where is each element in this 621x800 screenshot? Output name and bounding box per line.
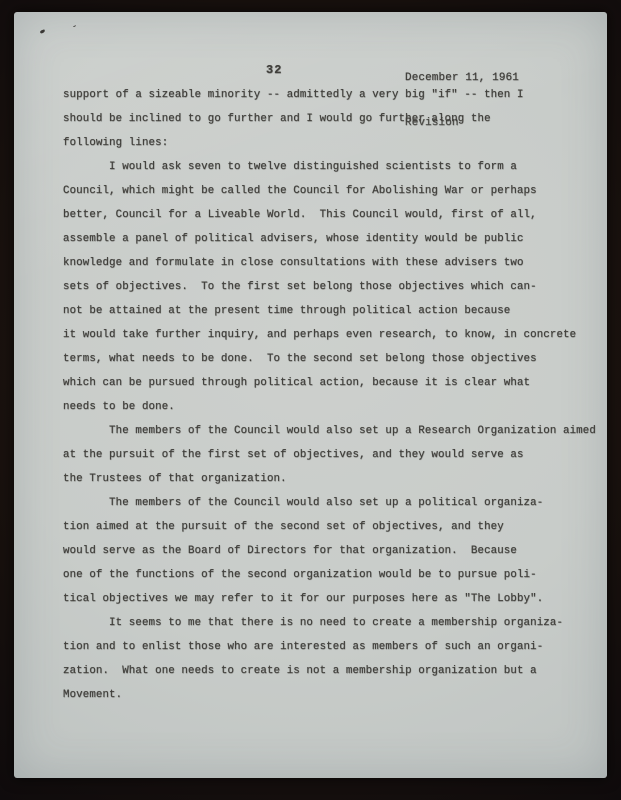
text-line: not be attained at the present time thro… bbox=[63, 299, 598, 323]
text-line: which can be pursued through political a… bbox=[63, 371, 598, 395]
document-body: support of a sizeable minority -- admitt… bbox=[63, 83, 598, 707]
text-line: should be inclined to go further and I w… bbox=[63, 107, 598, 131]
page-number: 32 bbox=[266, 63, 282, 77]
paragraph: The members of the Council would also se… bbox=[63, 491, 598, 707]
text-line: the Trustees of that organization. bbox=[63, 467, 598, 491]
text-line: would serve as the Board of Directors fo… bbox=[63, 539, 598, 563]
text-line: needs to be done. bbox=[63, 395, 598, 419]
text-line: The members of the Council would also se… bbox=[63, 491, 598, 515]
document-page: December 11, 1961 Revision 32 support of… bbox=[14, 12, 607, 778]
paragraph: support of a sizeable minority -- admitt… bbox=[63, 83, 598, 155]
text-line: The members of the Council would also se… bbox=[63, 419, 598, 443]
text-line: assemble a panel of political advisers, … bbox=[63, 227, 598, 251]
text-line: better, Council for a Liveable World. Th… bbox=[63, 203, 598, 227]
text-line: sets of objectives. To the first set bel… bbox=[63, 275, 598, 299]
text-line: at the pursuit of the first set of objec… bbox=[63, 443, 598, 467]
text-line: tion aimed at the pursuit of the second … bbox=[63, 515, 598, 539]
text-line: tical objectives we may refer to it for … bbox=[63, 587, 598, 611]
text-line: Movement. bbox=[63, 683, 598, 707]
text-line: knowledge and formulate in close consult… bbox=[63, 251, 598, 275]
text-line: terms, what needs to be done. To the sec… bbox=[63, 347, 598, 371]
paragraph: The members of the Council would also se… bbox=[63, 419, 598, 491]
text-line: it would take further inquiry, and perha… bbox=[63, 323, 598, 347]
scanned-document-frame: December 11, 1961 Revision 32 support of… bbox=[0, 0, 621, 800]
text-line: one of the functions of the second organ… bbox=[63, 563, 598, 587]
text-line: Council, which might be called the Counc… bbox=[63, 179, 598, 203]
text-line: following lines: bbox=[63, 131, 598, 155]
text-line: zation. What one needs to create is not … bbox=[63, 659, 598, 683]
text-line: It seems to me that there is no need to … bbox=[63, 611, 598, 635]
text-line: I would ask seven to twelve distinguishe… bbox=[63, 155, 598, 179]
text-line: support of a sizeable minority -- admitt… bbox=[63, 83, 598, 107]
paragraph: I would ask seven to twelve distinguishe… bbox=[63, 155, 598, 419]
text-line: tion and to enlist those who are interes… bbox=[63, 635, 598, 659]
